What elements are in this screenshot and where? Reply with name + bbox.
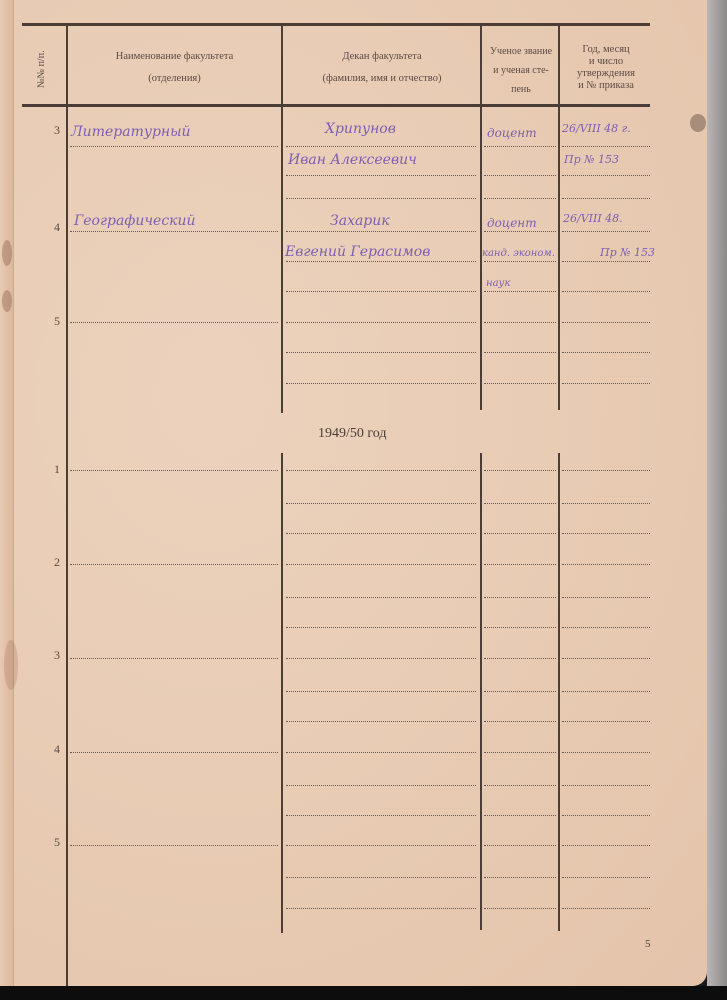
fill-line xyxy=(286,470,476,471)
fill-line xyxy=(562,691,650,692)
fill-line xyxy=(286,146,476,147)
fill-line xyxy=(70,231,278,232)
fill-line xyxy=(562,597,650,598)
fill-line xyxy=(562,627,650,628)
fill-line xyxy=(286,721,476,722)
fill-line xyxy=(484,597,556,598)
fill-line xyxy=(484,291,556,292)
row-number: 2 xyxy=(46,555,60,570)
header-date: Год, месяц и число утверждения и № прика… xyxy=(561,44,651,92)
fill-line xyxy=(562,322,650,323)
academic-title: доцент xyxy=(487,126,537,140)
fill-line xyxy=(484,564,556,565)
col-divider-main xyxy=(66,107,68,986)
fill-line xyxy=(484,322,556,323)
fill-line xyxy=(562,175,650,176)
fill-line xyxy=(286,877,476,878)
document-page: №№ п/п. Наименование факультета (отделен… xyxy=(0,0,707,986)
fill-line xyxy=(484,752,556,753)
header-faculty-l1: Наименование факультета xyxy=(72,50,277,64)
fill-line xyxy=(70,564,278,565)
fill-line xyxy=(286,564,476,565)
header-date-l3: утверждения xyxy=(561,68,651,80)
fill-line xyxy=(484,198,556,199)
fill-line xyxy=(286,658,476,659)
fill-line xyxy=(484,658,556,659)
fill-line xyxy=(562,383,650,384)
col-divider xyxy=(281,453,283,933)
faculty-name: Географический xyxy=(74,213,196,229)
fill-line xyxy=(286,627,476,628)
fill-line xyxy=(484,503,556,504)
fill-line xyxy=(484,785,556,786)
fill-line xyxy=(562,533,650,534)
row-number: 5 xyxy=(46,835,60,850)
fill-line xyxy=(70,470,278,471)
header-date-l1: Год, месяц xyxy=(561,44,651,56)
fill-line xyxy=(562,503,650,504)
page-number: 5 xyxy=(645,938,651,950)
header-dean: Декан факультета (фамилия, имя и отчеств… xyxy=(287,50,477,86)
section-year-heading: 1949/50 год xyxy=(318,426,387,442)
fill-line xyxy=(562,908,650,909)
header-title-l2: и ученая сте- xyxy=(483,61,559,80)
fill-line xyxy=(286,383,476,384)
fill-line xyxy=(562,291,650,292)
row-number: 5 xyxy=(46,314,60,329)
fill-line xyxy=(286,908,476,909)
fill-line xyxy=(562,564,650,565)
col-divider xyxy=(281,26,283,104)
fill-line xyxy=(286,845,476,846)
order-number: Пр № 153 xyxy=(600,246,655,259)
fill-line xyxy=(484,721,556,722)
fill-line xyxy=(562,785,650,786)
header-title-l3: пень xyxy=(483,80,559,99)
fill-line xyxy=(562,845,650,846)
header-date-l2: и число xyxy=(561,56,651,68)
col-divider xyxy=(558,26,560,104)
fill-line xyxy=(484,146,556,147)
header-top-rule xyxy=(22,23,650,26)
header-title: Ученое звание и ученая сте- пень xyxy=(483,42,559,99)
fill-line xyxy=(286,503,476,504)
dean-surname: Захарик xyxy=(330,213,390,229)
header-title-l1: Ученое звание xyxy=(483,42,559,61)
row-number: 4 xyxy=(46,220,60,235)
fill-line xyxy=(70,322,278,323)
fill-line xyxy=(562,231,650,232)
fill-line xyxy=(70,146,278,147)
dean-given-names: Евгений Герасимов xyxy=(285,244,430,260)
row-number: 3 xyxy=(46,648,60,663)
fill-line xyxy=(484,231,556,232)
fill-line xyxy=(562,470,650,471)
col-divider xyxy=(558,453,560,931)
fill-line xyxy=(286,597,476,598)
stain xyxy=(2,240,12,266)
fill-line xyxy=(484,627,556,628)
header-faculty: Наименование факультета (отделения) xyxy=(72,50,277,86)
academic-title: доцент xyxy=(487,216,537,230)
fill-line xyxy=(286,815,476,816)
academic-degree: канд. эконом. xyxy=(482,248,555,259)
order-number: Пр № 153 xyxy=(564,153,619,166)
fill-line xyxy=(484,470,556,471)
fill-line xyxy=(286,785,476,786)
fill-line xyxy=(286,198,476,199)
header-faculty-l2: (отделения) xyxy=(72,72,277,86)
fill-line xyxy=(484,877,556,878)
dean-given-names: Иван Алексеевич xyxy=(288,152,417,168)
header-num: №№ п/п. xyxy=(36,50,47,88)
fill-line xyxy=(562,352,650,353)
row-number: 4 xyxy=(46,742,60,757)
fill-line xyxy=(484,815,556,816)
header-date-l4: и № приказа xyxy=(561,80,651,92)
fill-line xyxy=(562,815,650,816)
fill-line xyxy=(484,533,556,534)
fill-line xyxy=(484,383,556,384)
fill-line xyxy=(562,198,650,199)
col-divider xyxy=(66,26,68,104)
scan-edge-bottom xyxy=(0,986,727,1000)
fill-line xyxy=(70,845,278,846)
stain xyxy=(4,640,18,690)
academic-degree-cont: наук xyxy=(486,278,510,289)
header-dean-l2: (фамилия, имя и отчество) xyxy=(287,72,477,86)
binding-edge xyxy=(0,0,14,986)
fill-line xyxy=(70,658,278,659)
faculty-name: Литературный xyxy=(71,124,191,140)
fill-line xyxy=(286,352,476,353)
fill-line xyxy=(562,721,650,722)
col-divider xyxy=(480,453,482,930)
fill-line xyxy=(286,533,476,534)
fill-line xyxy=(484,908,556,909)
stain xyxy=(690,114,706,132)
fill-line xyxy=(484,352,556,353)
fill-line xyxy=(286,691,476,692)
fill-line xyxy=(484,691,556,692)
fill-line xyxy=(70,752,278,753)
fill-line xyxy=(286,752,476,753)
fill-line xyxy=(562,877,650,878)
approval-date: 26/VIII 48. xyxy=(563,212,623,225)
fill-line xyxy=(562,261,650,262)
fill-line xyxy=(286,322,476,323)
fill-line xyxy=(286,231,476,232)
fill-line xyxy=(484,175,556,176)
fill-line xyxy=(562,146,650,147)
dean-surname: Хрипунов xyxy=(325,121,396,137)
scan-edge-right xyxy=(707,0,727,986)
fill-line xyxy=(562,658,650,659)
row-number: 1 xyxy=(46,462,60,477)
fill-line xyxy=(484,845,556,846)
fill-line xyxy=(286,175,476,176)
approval-date: 26/VIII 48 г. xyxy=(562,122,631,135)
fill-line xyxy=(286,291,476,292)
row-number: 3 xyxy=(46,123,60,138)
header-bottom-rule xyxy=(22,104,650,107)
stain xyxy=(2,290,12,312)
fill-line xyxy=(484,261,556,262)
col-divider xyxy=(281,107,283,413)
col-divider xyxy=(558,107,560,410)
fill-line xyxy=(286,261,476,262)
fill-line xyxy=(562,752,650,753)
col-divider xyxy=(480,26,482,104)
header-dean-l1: Декан факультета xyxy=(287,50,477,64)
